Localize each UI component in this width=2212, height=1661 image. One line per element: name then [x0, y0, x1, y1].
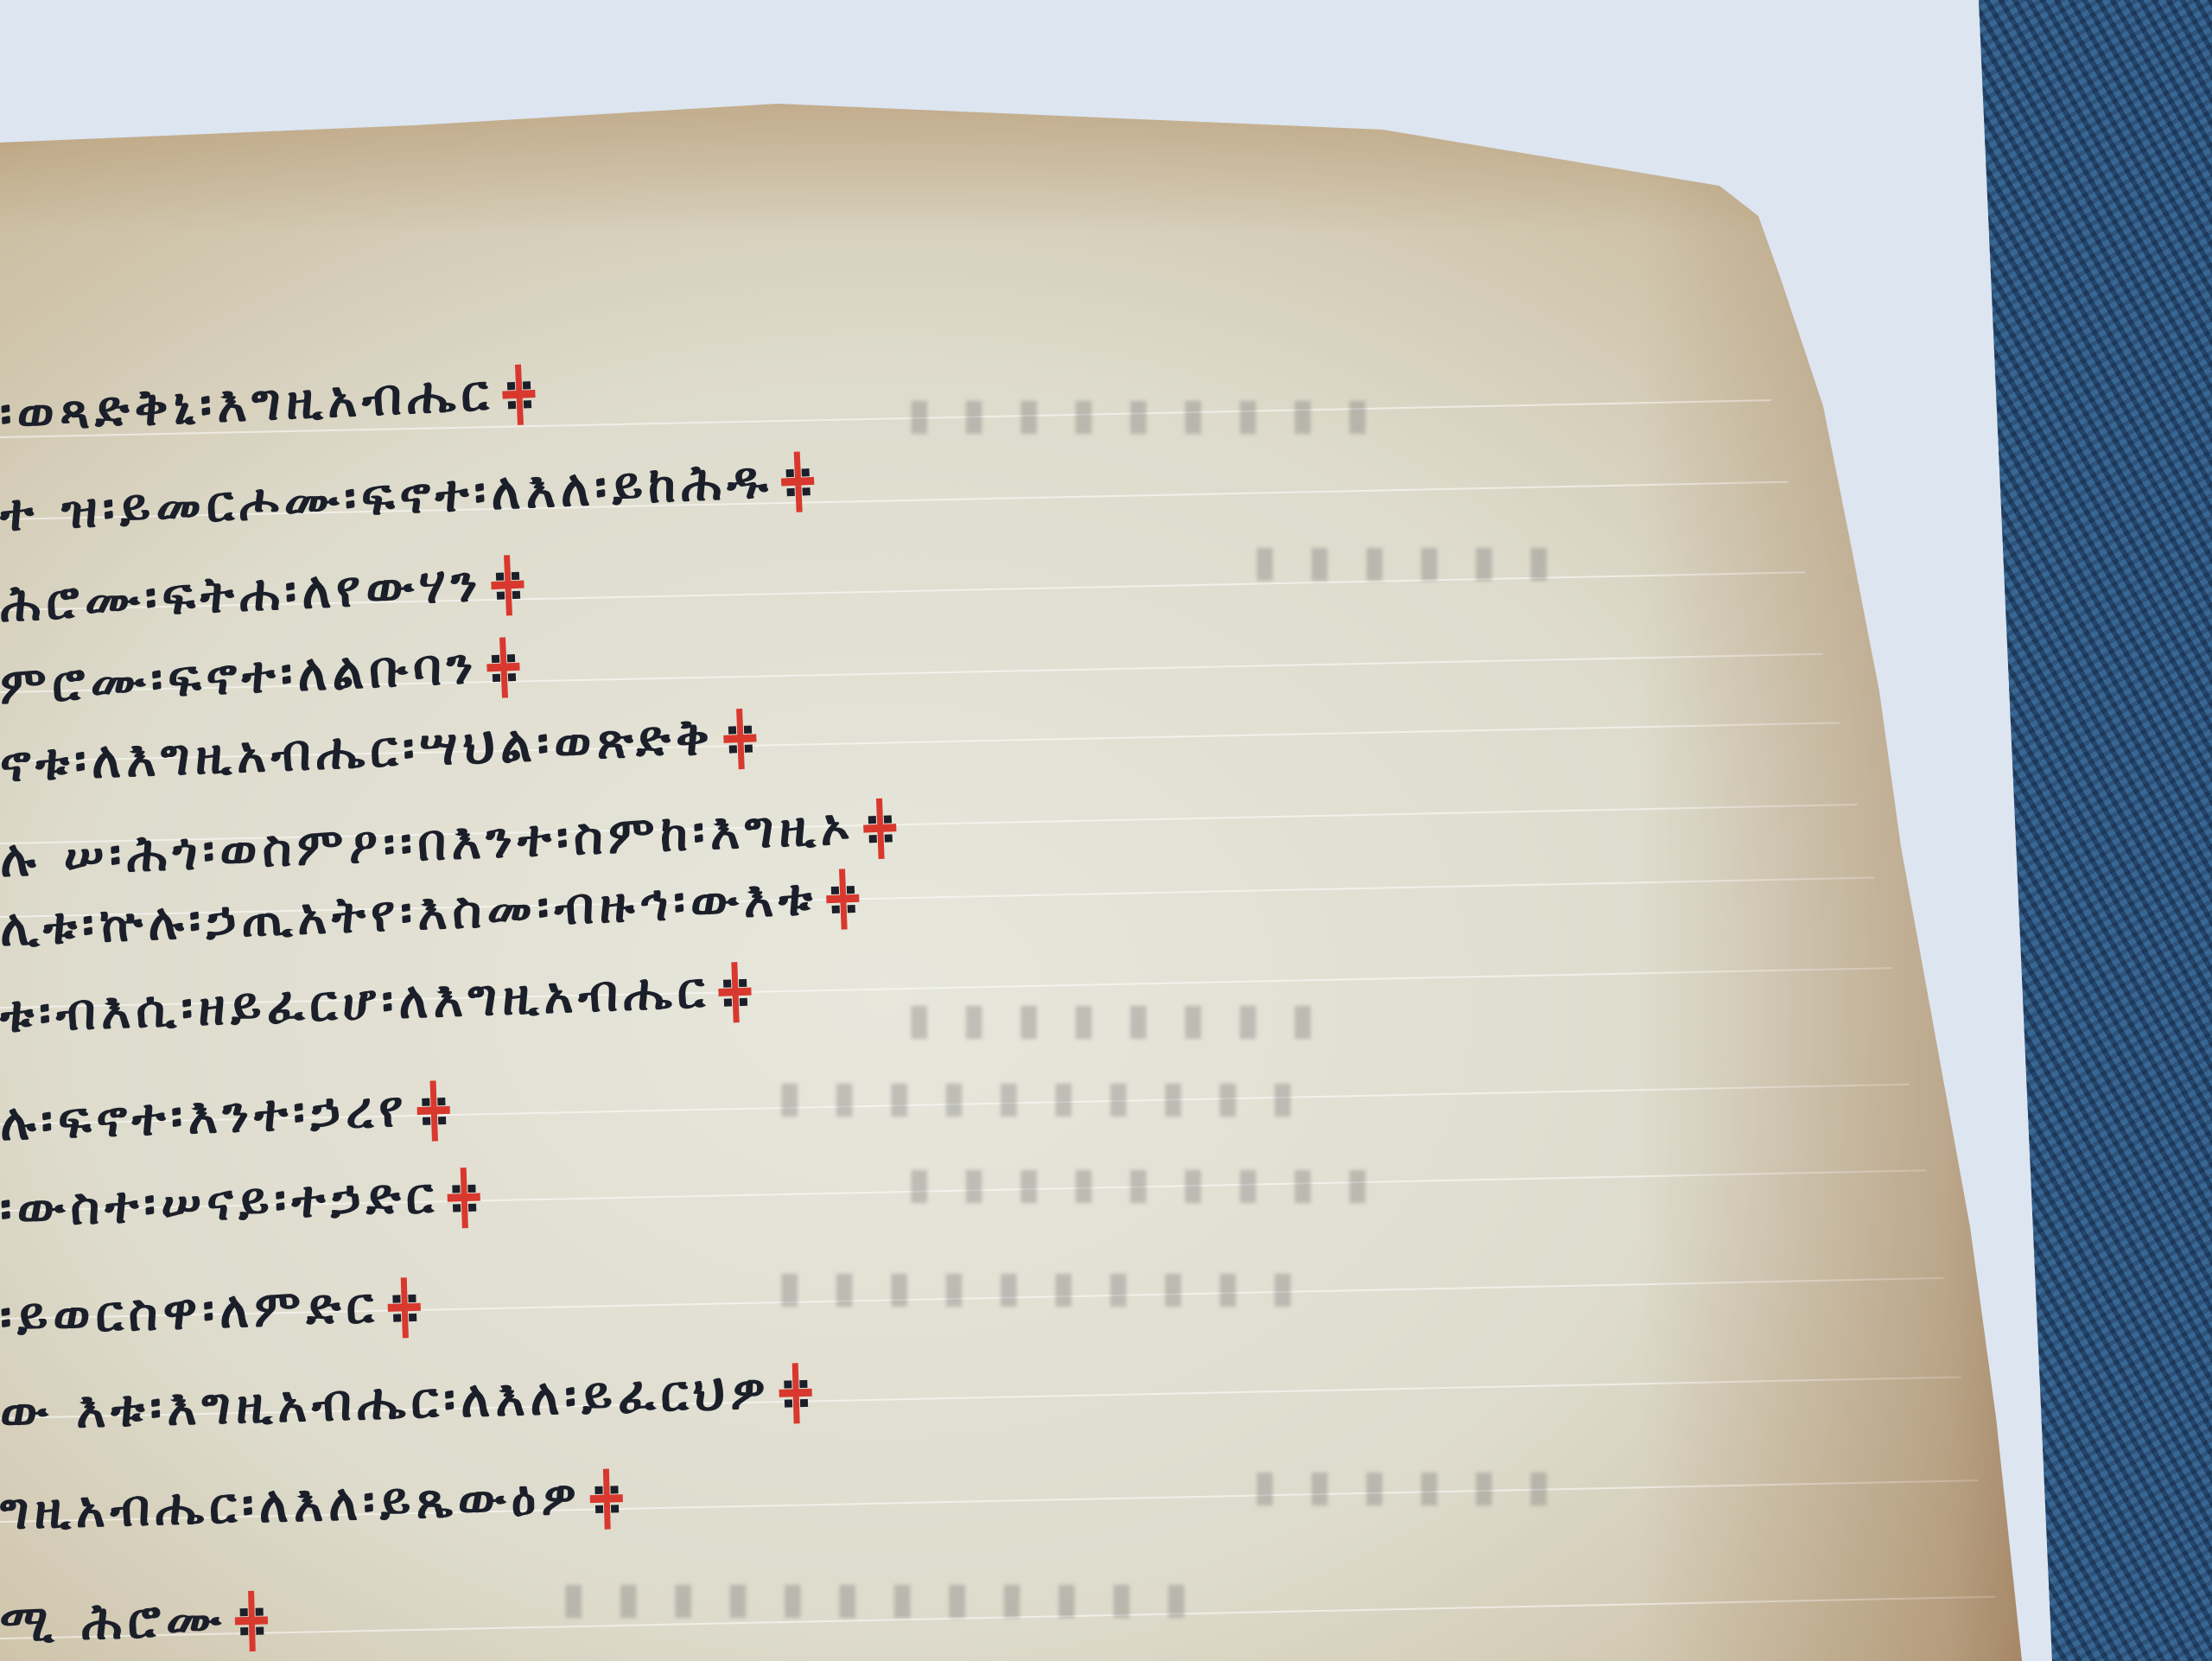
line-text: ፡ይወርስዋ፡ለምድር [0, 1276, 379, 1346]
red-cross-ornament-icon [498, 364, 540, 426]
manuscript-line: ፡ይወርስዋ፡ለምድር [0, 1275, 424, 1351]
red-cross-ornament-icon [412, 1080, 454, 1142]
manuscript-line: ቱ፡ብእሲ፡ዘይፈርሆ፡ለእግዚአብሔር [0, 959, 756, 1048]
show-through-text: ▮ ▮ ▮ ▮ ▮ ▮ ▮ ▮ [907, 994, 1323, 1044]
blue-fabric-background [1979, 0, 2212, 1661]
red-cross-ornament-icon [486, 554, 529, 616]
show-through-text: ▮ ▮ ▮ ▮ ▮ ▮ [1253, 536, 1560, 586]
manuscript-line: ሚ ሕሮሙ [0, 1588, 272, 1658]
manuscript-line: ፡ውስተ፡ሠናይ፡ተኃድር [0, 1164, 485, 1242]
line-text: ቱ፡ብእሲ፡ዘይፈርሆ፡ለእግዚአብሔር [0, 960, 711, 1044]
manuscript-line: ተ ዝ፡ይመርሖሙ፡ፍኖተ፡ለእለ፡ይከሕዱ [0, 449, 819, 547]
manuscript-leaf: ▮ ▮ ▮ ▮ ▮ ▮ ▮ ▮ ▮ ▮ ▮ ▮ ▮ ▮ ▮ ▮ ▮ ▮ ▮ ▮ … [0, 0, 2212, 1661]
red-cross-ornament-icon [859, 798, 901, 860]
red-cross-ornament-icon [777, 451, 819, 513]
line-text: ፡ውስተ፡ሠናይ፡ተኃድር [0, 1166, 440, 1238]
red-cross-ornament-icon [775, 1363, 817, 1424]
show-through-text: ▮ ▮ ▮ ▮ ▮ ▮ ▮ ▮ ▮ [907, 389, 1378, 439]
manuscript-line: ው እቱ፡እግዚአብሔር፡ለእለ፡ይፈርህዎ [0, 1360, 817, 1446]
line-text: ምሮሙ፡ፍኖተ፡ለልቡባን [0, 636, 480, 716]
line-text: ሚ ሕሮሙ [0, 1589, 227, 1653]
manuscript-line: ኖቱ፡ለእግዚአብሔር፡ሣህል፡ወጽድቅ [0, 705, 760, 798]
line-text: ሉ፡ፍኖተ፡እንተ፡ኃረየ [0, 1079, 410, 1152]
line-text: ሕሮሙ፡ፍትሐ፡ለየውሃን [0, 554, 484, 633]
red-cross-ornament-icon [822, 869, 864, 931]
line-text: ኖቱ፡ለእግዚአብሔር፡ሣህል፡ወጽድቅ [0, 707, 715, 793]
manuscript-line: ግዚአብሔር፡ለእለ፡ይጼውዕዎ [0, 1466, 627, 1545]
line-text: ፡ወጻድቅኒ፡እግዚአብሔር [0, 363, 495, 443]
manuscript-line: ሕሮሙ፡ፍትሐ፡ለየውሃን [0, 551, 529, 637]
show-through-text: ▮ ▮ ▮ ▮ ▮ ▮ ▮ ▮ ▮ ▮ [778, 1262, 1303, 1312]
red-cross-ornament-icon [714, 961, 755, 1023]
red-cross-ornament-icon [231, 1590, 272, 1651]
show-through-text: ▮ ▮ ▮ ▮ ▮ ▮ ▮ ▮ ▮ ▮ [778, 1072, 1303, 1122]
manuscript-line: ፡ወጻድቅኒ፡እግዚአብሔር [0, 361, 540, 448]
red-cross-ornament-icon [383, 1276, 424, 1338]
manuscript-line: ሉ፡ፍኖተ፡እንተ፡ኃረየ [0, 1078, 454, 1156]
show-through-text: ▮ ▮ ▮ ▮ ▮ ▮ ▮ ▮ ▮ ▮ ▮ ▮ [562, 1573, 1197, 1623]
line-text: ው እቱ፡እግዚአብሔር፡ለእለ፡ይፈርህዎ [0, 1361, 772, 1441]
manuscript-line: ምሮሙ፡ፍኖተ፡ለልቡባን [0, 634, 524, 720]
line-text: ግዚአብሔር፡ለእለ፡ይጼውዕዎ [0, 1467, 582, 1541]
red-cross-ornament-icon [719, 708, 761, 770]
show-through-text: ▮ ▮ ▮ ▮ ▮ ▮ ▮ ▮ ▮ [907, 1158, 1378, 1208]
red-cross-ornament-icon [482, 636, 524, 698]
line-text: ተ ዝ፡ይመርሖሙ፡ፍኖተ፡ለእለ፡ይከሕዱ [0, 450, 774, 543]
red-cross-ornament-icon [586, 1468, 627, 1530]
show-through-text: ▮ ▮ ▮ ▮ ▮ ▮ [1253, 1461, 1560, 1511]
red-cross-ornament-icon [443, 1167, 485, 1228]
